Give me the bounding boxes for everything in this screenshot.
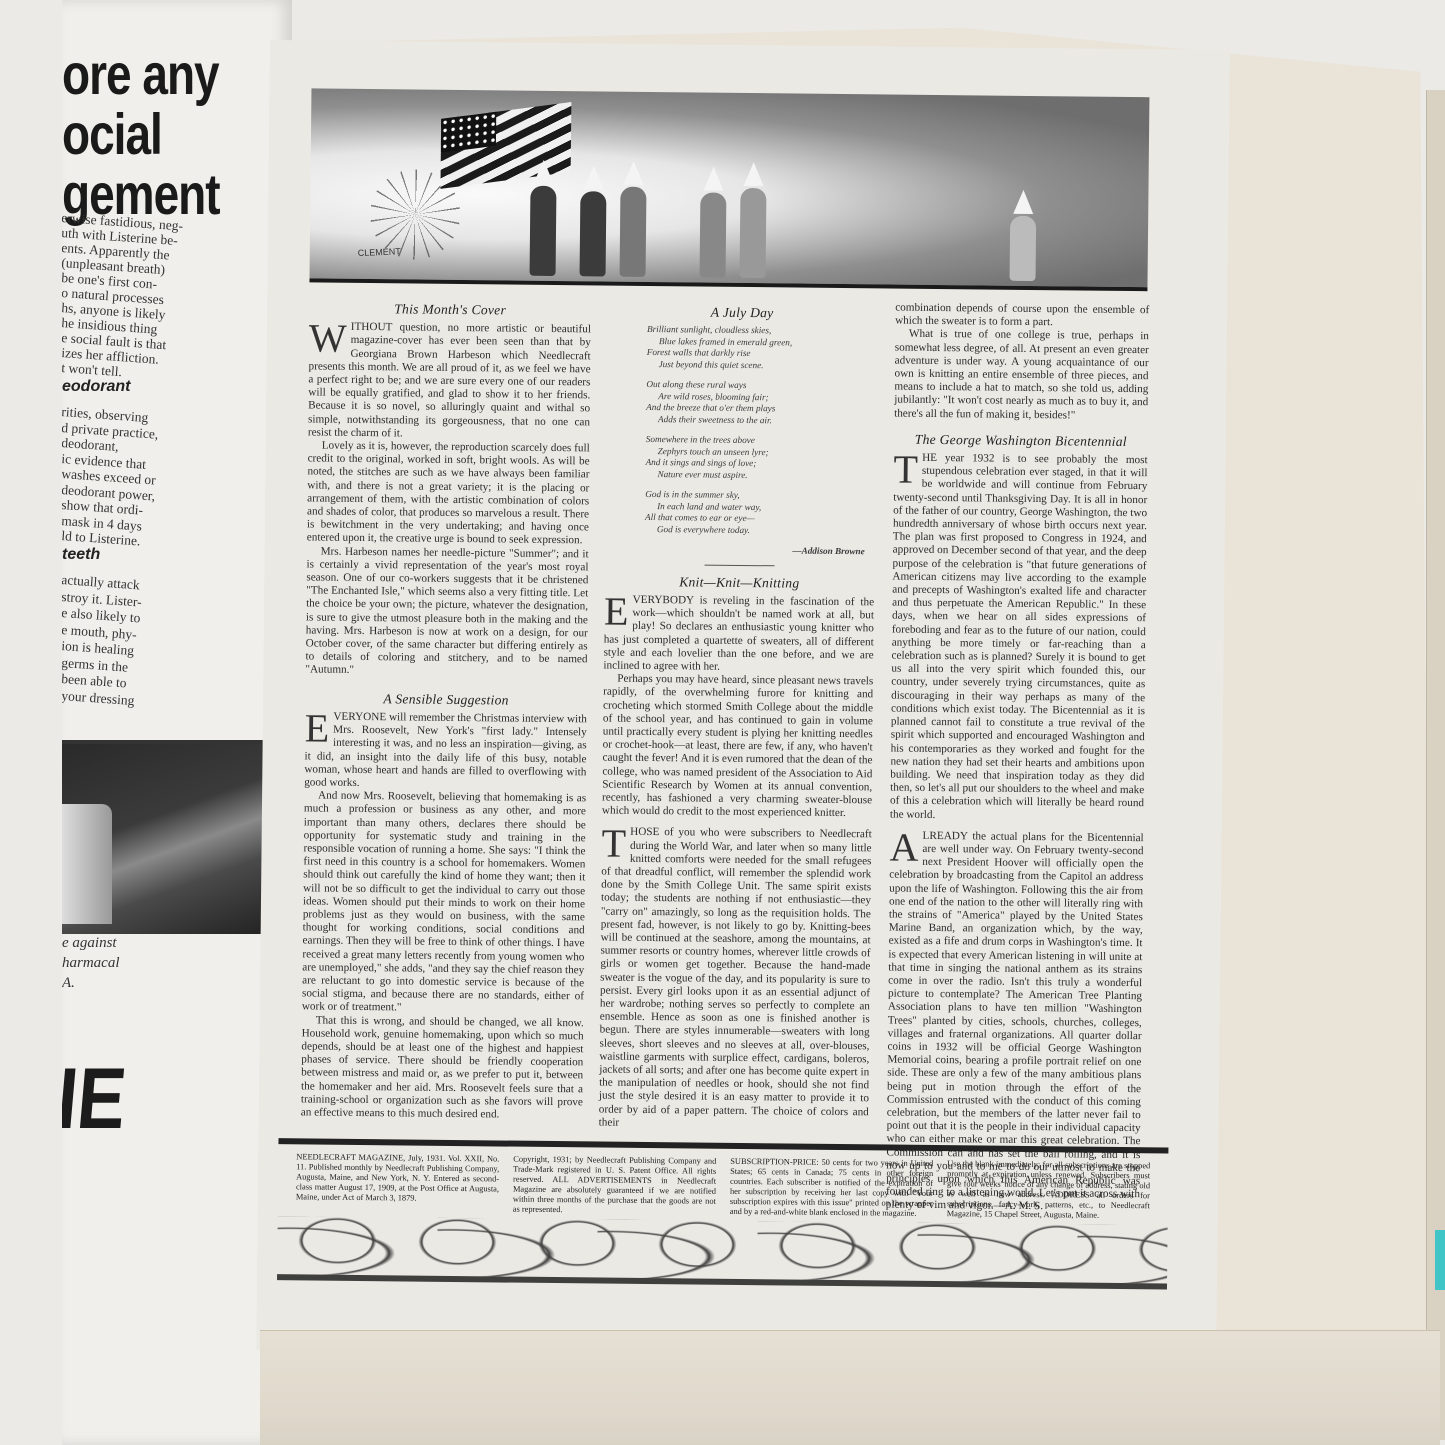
column-3: combination depends of course upon the e…: [886, 302, 1150, 1215]
masthead-info: NEEDLECRAFT MAGAZINE, July, 1931. Vol. X…: [296, 1152, 500, 1214]
drop-cap: T: [601, 828, 626, 860]
article-paragraph: And now Mrs. Roosevelt, believing that h…: [302, 790, 586, 1017]
copyright-info: Copyright, 1931; by Needlecraft Publishi…: [513, 1155, 717, 1217]
ad-caption: harmacal: [62, 955, 120, 972]
drop-cap: E: [305, 712, 330, 744]
article-paragraph: EVERYBODY is reveling in the fascination…: [603, 593, 874, 675]
poem-line: Nature ever must aspire.: [645, 469, 875, 483]
article-title: Knit—Knit—Knitting: [604, 574, 874, 590]
publication-footer: NEEDLECRAFT MAGAZINE, July, 1931. Vol. X…: [277, 1138, 1168, 1289]
article-title: A Sensible Suggestion: [305, 691, 587, 707]
subscription-price: SUBSCRIPTION-PRICE: 50 cents for two yea…: [730, 1157, 934, 1219]
article-title: This Month's Cover: [309, 301, 591, 317]
child-figure: [740, 188, 767, 278]
article-paragraph: EVERYONE will remember the Christmas int…: [304, 710, 587, 792]
article-paragraph: Lovely as it is, however, the reproducti…: [307, 439, 590, 548]
ad-subhead: teeth: [62, 546, 100, 564]
child-figure: [1010, 216, 1037, 281]
article-title: The George Washington Bicentennial: [894, 432, 1148, 448]
drop-cap: W: [309, 323, 347, 355]
ad-product-photo: [62, 740, 270, 934]
ad-subhead: eodorant: [62, 378, 130, 396]
poem-stanza: God is in the summer sky,In each land an…: [645, 489, 875, 537]
divider: [705, 564, 775, 566]
drop-cap: E: [604, 595, 629, 627]
poem-stanza: Somewhere in the trees aboveZephyrs touc…: [645, 434, 875, 482]
article-paragraph: combination depends of course upon the e…: [895, 302, 1149, 331]
poem-body: Brilliant sunlight, cloudless skies,Blue…: [645, 324, 877, 558]
poem-line: Adds their sweetness to the air.: [646, 414, 876, 428]
poem-stanza: Out along these rural waysAre wild roses…: [646, 379, 876, 427]
column-2: A July Day Brilliant sunlight, cloudless…: [599, 299, 878, 1133]
drop-cap: T: [893, 454, 918, 486]
child-figure: [580, 191, 607, 276]
poem-line: God is everywhere today.: [645, 524, 875, 538]
article-paragraph: What is true of one college is true, per…: [894, 328, 1149, 423]
ad-caption: e against: [62, 935, 117, 952]
article-paragraph: That this is wrong, and should be change…: [301, 1014, 584, 1123]
child-figure: [700, 193, 727, 278]
footer-ornament: [277, 1216, 1168, 1289]
accent-tab: [1435, 1230, 1445, 1290]
poem-author: —Addison Browne: [645, 544, 865, 558]
illustrator-signature: CLEMENT: [358, 246, 401, 258]
column-1: This Month's Cover WITHOUT question, no …: [301, 295, 592, 1122]
child-figure: [620, 187, 647, 277]
magazine-page: CLEMENT This Month's Cover WITHOUT quest…: [256, 40, 1230, 1360]
article-paragraph: Mrs. Harbeson names her needle-picture "…: [305, 545, 588, 680]
article-paragraph: WITHOUT question, no more artistic or be…: [308, 321, 591, 443]
torn-bottom-edge: [260, 1330, 1440, 1445]
child-figure: [530, 186, 557, 276]
poem-stanza: Brilliant sunlight, cloudless skies,Blue…: [647, 324, 877, 372]
ad-brand-fragment: IE: [62, 1050, 130, 1148]
poem-title: A July Day: [607, 305, 877, 321]
drop-cap: A: [889, 831, 918, 863]
ad-caption: A.: [62, 975, 75, 992]
poem-line: Just beyond this quiet scene.: [647, 359, 877, 373]
ad-headline-line: ore any: [62, 40, 219, 108]
article-paragraph: THOSE of you who were subscribers to Nee…: [599, 826, 872, 1132]
ad-headline-line: ocial: [62, 100, 162, 168]
article-paragraph: THE year 1932 is to see probably the mos…: [890, 452, 1148, 824]
subscription-instructions: Use the blank immediately; for all subsc…: [947, 1159, 1151, 1221]
article-paragraph: Perhaps you may have heard, since pleasa…: [602, 673, 874, 821]
cover-illustration: CLEMENT: [309, 88, 1149, 291]
